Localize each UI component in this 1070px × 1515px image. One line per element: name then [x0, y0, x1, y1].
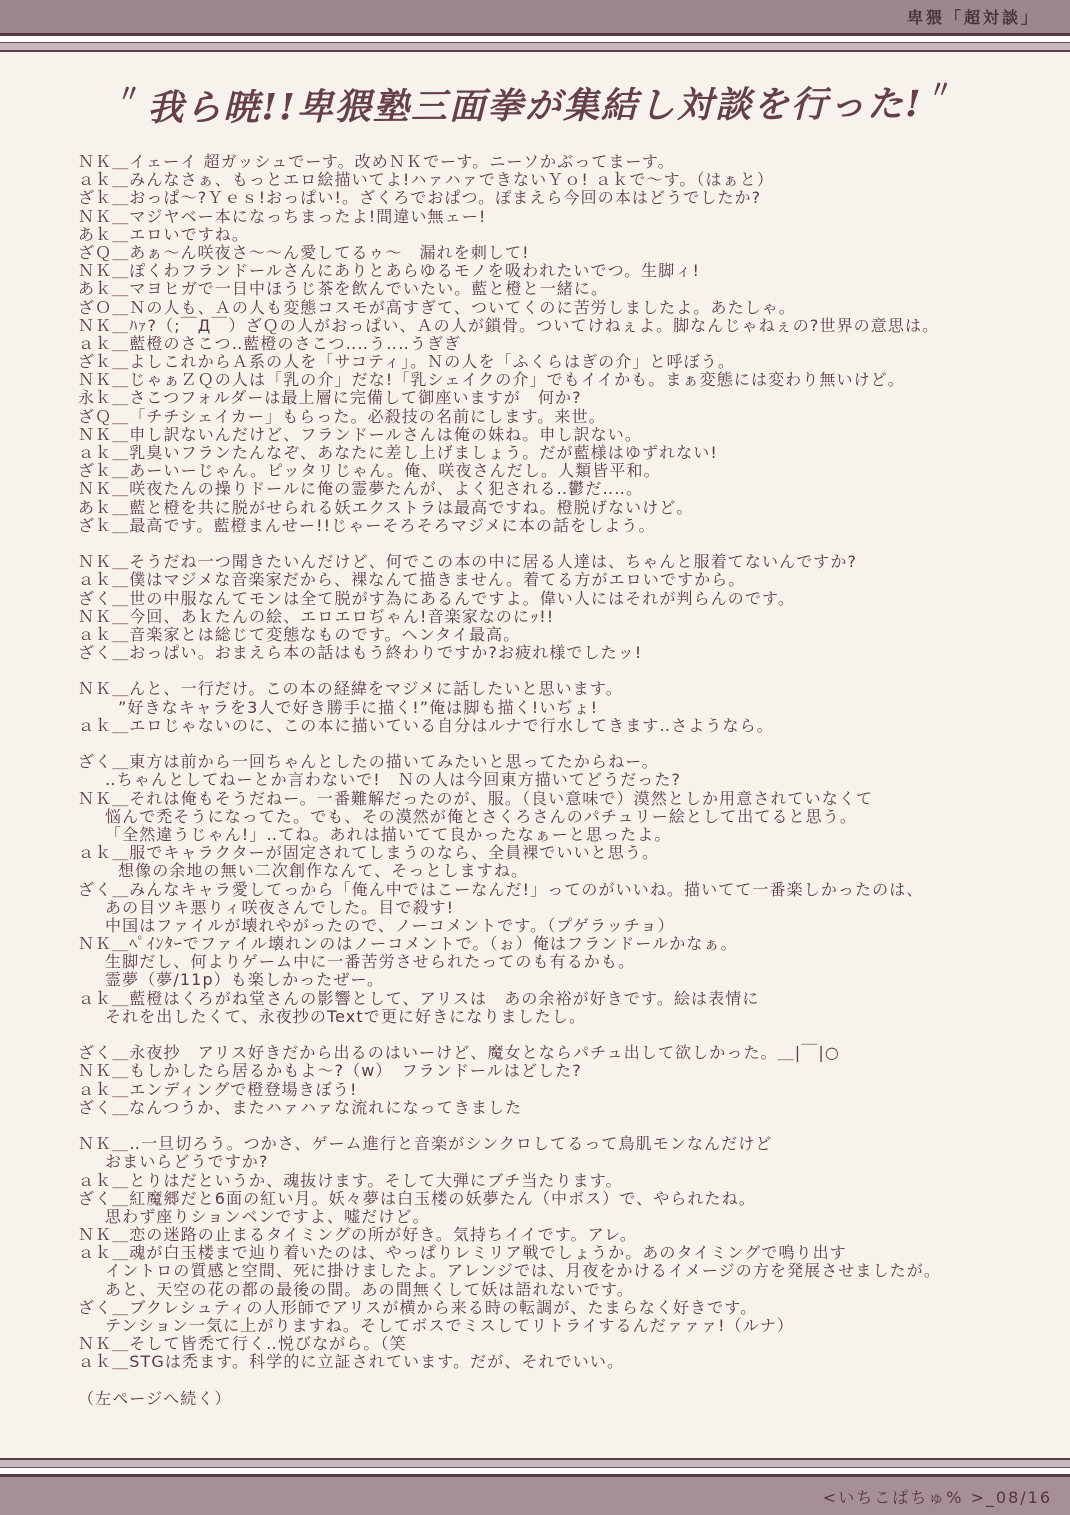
transcript-line: イントロの質感と空間、死に掛けましたよ。アレンジでは、月夜をかけるイメージの方を…: [78, 1262, 1030, 1280]
transcript: ＮＫ＿イェーイ 超ガッシュでーす。改めＮＫでーす。ニーソかぶってまーす。ａｋ＿み…: [0, 153, 1070, 1408]
transcript-line: ＮＫ＿ぽくわフランドールさんにありとあらゆるモノを吸われたいでつ。生脚ィ!: [78, 262, 1030, 280]
transcript-line: ざく＿おっぱい。おまえら本の話はもう終わりですか?お疲れ様でしたッ!: [78, 644, 1030, 662]
transcript-line: ざく＿世の中服なんてモンは全て脱がす為にあるんですよ。偉い人にはそれが判らんので…: [78, 590, 1030, 608]
transcript-line: 霊夢（夢/11p）も楽しかったぜー。: [78, 971, 1030, 989]
transcript-line: ＮＫ＿もしかしたら居るかもよ〜?（w） フランドールはどした?: [78, 1062, 1030, 1080]
transcript-line: ａｋ＿エロじゃないのに、この本に描いている自分はルナで行水してきます‥さようなら…: [78, 717, 1030, 735]
transcript-line: 中国はファイルが壊れやがったので、ノーコメントです。（プゲラッチョ）: [78, 917, 1030, 935]
transcript-line: ざｋ＿おっぱ〜?Ｙｅｓ!おっぱい!。ざくろでおぱつ。ぽまえら今回の本はどうでした…: [78, 189, 1030, 207]
transcript-line: ａｋ＿藍橙はくろがね堂さんの影響として、アリスは あの余裕が好きです。絵は表情に: [78, 990, 1030, 1008]
transcript-line: ＮＫ＿んと、一行だけ。この本の経緯をマジメに話したいと思います。: [78, 680, 1030, 698]
transcript-line: ａｋ＿みんなさぁ、もっとエロ絵描いてよ!ハァハァできないＹｏ! ａｋで〜す。（は…: [78, 171, 1030, 189]
transcript-line: ａｋ＿エンディングで橙登場きぼう!: [78, 1081, 1030, 1099]
transcript-line: ＮＫ＿申し訳ないんだけど、フランドールさんは俺の妹ね。申し訳ない。: [78, 426, 1030, 444]
transcript-line: ＮＫ＿ﾍﾟｲﾝﾀｰでファイル壊れンのはノーコメントで。（ぉ）俺はフランドールかな…: [78, 935, 1030, 953]
transcript-line: ざｋ＿最高です。藍橙まんせー!!じゃーそろそろマジメに本の話をしよう。: [78, 517, 1030, 535]
transcript-line: 生脚だし、何よりゲーム中に一番苦労させられたってのも有るかも。: [78, 953, 1030, 971]
transcript-line: ＮＫ＿そうだね一つ聞きたいんだけど、何でこの本の中に居る人達は、ちゃんと服着てな…: [78, 553, 1030, 571]
transcript-line: ＮＫ＿イェーイ 超ガッシュでーす。改めＮＫでーす。ニーソかぶってまーす。: [78, 153, 1030, 171]
transcript-line: [78, 1372, 1030, 1390]
transcript-line: あと、天空の花の都の最後の間。あの間無くして妖は語れないです。: [78, 1281, 1030, 1299]
transcript-line: ＮＫ＿咲夜たんの操りドールに俺の霊夢たんが、よく犯される‥鬱だ‥‥。: [78, 480, 1030, 498]
transcript-line: ざく＿紅魔郷だと6面の紅い月。妖々夢は白玉楼の妖夢たん（中ボス）で、やられたね。: [78, 1190, 1030, 1208]
transcript-line: ＮＫ＿恋の迷路の止まるタイミングの所が好き。気持ちイイです。アレ。: [78, 1226, 1030, 1244]
page-root: 卑猥「超対談」 〃我ら暁!!卑猥塾三面拳が集結し対談を行った!〃 ＮＫ＿イェーイ…: [0, 0, 1070, 1515]
transcript-line: [78, 662, 1030, 680]
transcript-line: ‥ちゃんとしてねーとか言わないで! Ｎの人は今回東方描いてどうだった?: [78, 771, 1030, 789]
transcript-line: ＮＫ＿そして皆禿て行く‥悦びながら。（笑: [78, 1335, 1030, 1353]
transcript-line: 悩んで禿そうになってた。でも、その漠然が俺とさくろさんのパチュリー絵として出てる…: [78, 808, 1030, 826]
transcript-line: ＮＫ＿今回、あｋたんの絵、エロエロぢゃん!音楽家なのにｯ!!: [78, 608, 1030, 626]
transcript-line: ＮＫ＿ﾊｧ?（;￣Д￣）ざＱの人がおっぱい、Ａの人が鎖骨。ついてけねぇよ。脚なん…: [78, 317, 1030, 335]
frame-strip-top: [0, 43, 1070, 50]
transcript-line: ａｋ＿魂が白玉楼まで辿り着いたのは、やっぱりレミリア戦でしょうか。あのタイミング…: [78, 1244, 1030, 1262]
transcript-line: ａｋ＿音楽家とは総じて変態なものです。ヘンタイ最高。: [78, 626, 1030, 644]
transcript-line: ａｋ＿とりはだというか、魂抜けます。そして大弾にブチ当たります。: [78, 1172, 1030, 1190]
transcript-line: あｋ＿マヨヒガで一日中ほうじ茶を飲んでいたい。藍と橙と一緒に。: [78, 280, 1030, 298]
transcript-line: ざＯ＿Ｎの人も、Ａの人も変態コスモが高すぎて、ついてくのに苦労しましたよ。あたし…: [78, 299, 1030, 317]
transcript-line: ざく＿なんつうか、またハァハァな流れになってきました: [78, 1099, 1030, 1117]
transcript-line: ＮＫ＿じゃぁＺＱの人は「乳の介」だな!「乳シェイクの介」でもイイかも。まぁ変態に…: [78, 371, 1030, 389]
transcript-line: 思わず座りションベンですよ、嘘だけど。: [78, 1208, 1030, 1226]
transcript-line: ａｋ＿藍橙のさこつ‥藍橙のさこつ‥‥う‥‥うぎぎ: [78, 335, 1030, 353]
transcript-line: ＮＫ＿‥一旦切ろう。つかさ、ゲーム進行と音楽がシンクロしてるって鳥肌モンなんだけ…: [78, 1135, 1030, 1153]
transcript-line: ＮＫ＿マジヤベー本になっちまったよ!間違い無ェー!: [78, 208, 1030, 226]
header-label: 卑猥「超対談」: [907, 5, 1040, 28]
transcript-line: [78, 735, 1030, 753]
footer-bar: <いちこぱちゅ% >_08/16: [0, 1477, 1070, 1515]
footer-page-label: <いちこぱちゅ% >_08/16: [823, 1485, 1052, 1508]
transcript-line: 「全然違うじゃん!」‥てね。あれは描いてて良かったなぁーと思ったよ。: [78, 826, 1030, 844]
title-text: 我ら暁!!卑猥塾三面拳が集結し対談を行った!: [147, 83, 923, 129]
transcript-line: テンション一気に上がりますね。そしてボスでミスしてリトライするんだァァァ!（ルナ…: [78, 1317, 1030, 1335]
transcript-line: [78, 1117, 1030, 1135]
transcript-line: [78, 535, 1030, 553]
header-bar: 卑猥「超対談」: [0, 0, 1070, 33]
transcript-line: あｋ＿エロいですね。: [78, 226, 1030, 244]
transcript-line: 想像の余地の無い二次創作なんて、そっとしますね。: [78, 862, 1030, 880]
transcript-line: ａｋ＿僕はマジメな音楽家だから、裸なんて描きません。着てる方がエロいですから。: [78, 571, 1030, 589]
title-close-quote: 〃: [923, 75, 959, 104]
transcript-line: ざＱ＿「チチシェイカー」もらった。必殺技の名前にします。来世。: [78, 408, 1030, 426]
transcript-line: あの目ツキ悪りィ咲夜さんでした。目で殺す!: [78, 899, 1030, 917]
transcript-line: ざＱ＿あぁ〜ん咲夜さ〜〜ん愛してるゥ〜 漏れを刺して!: [78, 244, 1030, 262]
transcript-line: ざく＿ブクレシュティの人形師でアリスが横から来る時の転調が、たまらなく好きです。: [78, 1299, 1030, 1317]
transcript-line: ａｋ＿STGは禿ます。科学的に立証されています。だが、それでいい。: [78, 1353, 1030, 1371]
transcript-line: ａｋ＿服でキャラクターが固定されてしまうのなら、全員裸でいいと思う。: [78, 844, 1030, 862]
transcript-line: （左ページへ続く）: [78, 1390, 1030, 1408]
transcript-line: ”好きなキャラを3人で好き勝手に描く!”俺は脚も描く!いぢょ!: [78, 699, 1030, 717]
transcript-line: ざｋ＿よしこれからＡ系の人を「サコティ」。Ｎの人を「ふくらはぎの介」と呼ぼう。: [78, 353, 1030, 371]
frame-strip-bottom: [0, 1460, 1070, 1467]
transcript-line: ざく＿東方は前から一回ちゃんとしたの描いてみたいと思ってたからねー。: [78, 753, 1030, 771]
page-content: 〃我ら暁!!卑猥塾三面拳が集結し対談を行った!〃 ＮＫ＿イェーイ 超ガッシュでー…: [0, 52, 1070, 1458]
page-title: 〃我ら暁!!卑猥塾三面拳が集結し対談を行った!〃: [0, 69, 1070, 132]
transcript-line: ａｋ＿乳臭いフランたんなぞ、あなたに差し上げましょう。だが藍様はゆずれない!: [78, 444, 1030, 462]
transcript-line: ざｋ＿あーいーじゃん。ピッタリじゃん。俺、咲夜さんだし。人類皆平和。: [78, 462, 1030, 480]
transcript-line: ＮＫ＿それは俺もそうだねー。一番難解だったのが、服。（良い意味で）漠然としか用意…: [78, 790, 1030, 808]
transcript-line: あｋ＿藍と橙を共に脱がせられる妖エクストラは最高ですね。橙脱げないけど。: [78, 499, 1030, 517]
transcript-line: それを出したくて、永夜抄のTextで更に好きになりましたし。: [78, 1008, 1030, 1026]
transcript-line: おまいらどうですか?: [78, 1153, 1030, 1171]
title-open-quote: 〃: [111, 79, 147, 108]
transcript-line: ざく＿永夜抄 アリス好きだから出るのはいーけど、魔女とならパチュ出して欲しかった…: [78, 1044, 1030, 1062]
transcript-line: 永ｋ＿さこつフォルダーは最上層に完備して御座いますが 何か?: [78, 389, 1030, 407]
transcript-line: [78, 1026, 1030, 1044]
transcript-line: ざく＿みんなキャラ愛してっから「俺ん中ではこーなんだ!」ってのがいいね。描いてて…: [78, 881, 1030, 899]
